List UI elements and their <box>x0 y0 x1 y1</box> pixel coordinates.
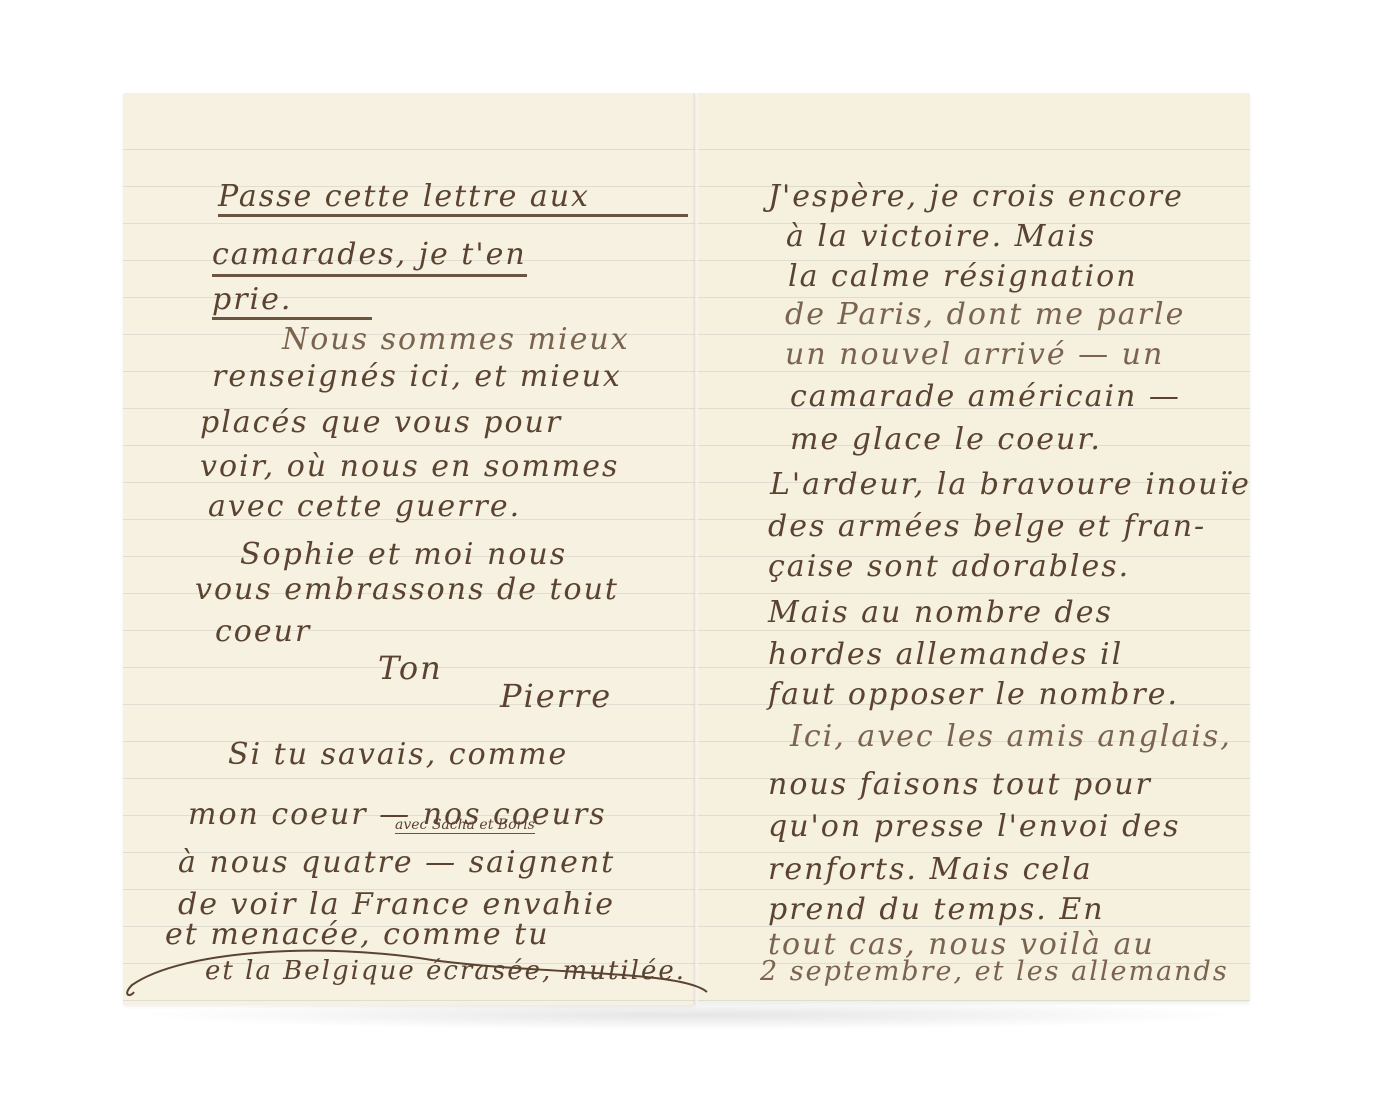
right-line-12: hordes allemandes il <box>768 640 1123 670</box>
left-line-14: Si tu savais, comme <box>228 740 568 770</box>
left-line-9: Sophie et moi nous <box>240 540 567 570</box>
right-line-14: Ici, avec les amis anglais, <box>790 722 1232 752</box>
right-line-16: qu'on presse l'envoi des <box>768 812 1180 842</box>
left-line-5: renseignés ici, et mieux <box>212 362 622 392</box>
right-line-1: J'espère, je crois encore <box>768 182 1184 212</box>
right-line-6: camarade américain — <box>790 382 1181 412</box>
right-line-17: renforts. Mais cela <box>768 855 1093 885</box>
right-line-15: nous faisons tout pour <box>768 770 1152 800</box>
right-line-5: un nouvel arrivé — un <box>785 340 1164 370</box>
interlinear-insert: avec Sacha et Boris <box>395 817 535 834</box>
left-line-4: Nous sommes mieux <box>282 325 630 355</box>
left-line-7: voir, où nous en sommes <box>200 452 619 482</box>
right-line-2: à la victoire. Mais <box>786 222 1096 252</box>
flourish-loop <box>122 930 722 1000</box>
left-line-10: vous embrassons de tout <box>195 575 619 605</box>
right-line-20: 2 septembre, et les allemands <box>760 958 1229 985</box>
left-line-2: camarades, je t'en <box>212 240 527 270</box>
letter-spread: Passe cette lettre aux camarades, je t'e… <box>0 0 1400 1106</box>
left-line-8: avec cette guerre. <box>208 492 521 522</box>
left-line-1: Passe cette lettre aux <box>218 182 688 217</box>
closing-ton: Ton <box>378 652 443 684</box>
left-line-3: prie. <box>212 285 372 320</box>
right-line-4: de Paris, dont me parle <box>785 300 1185 330</box>
right-line-3: la calme résignation <box>788 262 1138 292</box>
left-line-17: de voir la France envahie <box>178 890 615 920</box>
right-line-18: prend du temps. En <box>768 895 1105 925</box>
underlined-word: camarades, je t'en <box>212 237 527 277</box>
left-line-16: à nous quatre — saignent <box>178 848 615 878</box>
center-fold <box>692 93 700 1005</box>
left-line-11: coeur <box>215 617 311 647</box>
right-line-7: me glace le coeur. <box>790 425 1102 455</box>
left-line-6: placés que vous pour <box>200 408 562 438</box>
signature-pierre: Pierre <box>500 680 612 712</box>
right-line-8: L'ardeur, la bravoure inouïe <box>770 470 1251 500</box>
right-line-13: faut opposer le nombre. <box>768 680 1179 710</box>
right-line-11: Mais au nombre des <box>768 598 1113 628</box>
right-line-9: des armées belge et fran- <box>768 512 1206 542</box>
right-line-10: çaise sont adorables. <box>768 552 1130 582</box>
